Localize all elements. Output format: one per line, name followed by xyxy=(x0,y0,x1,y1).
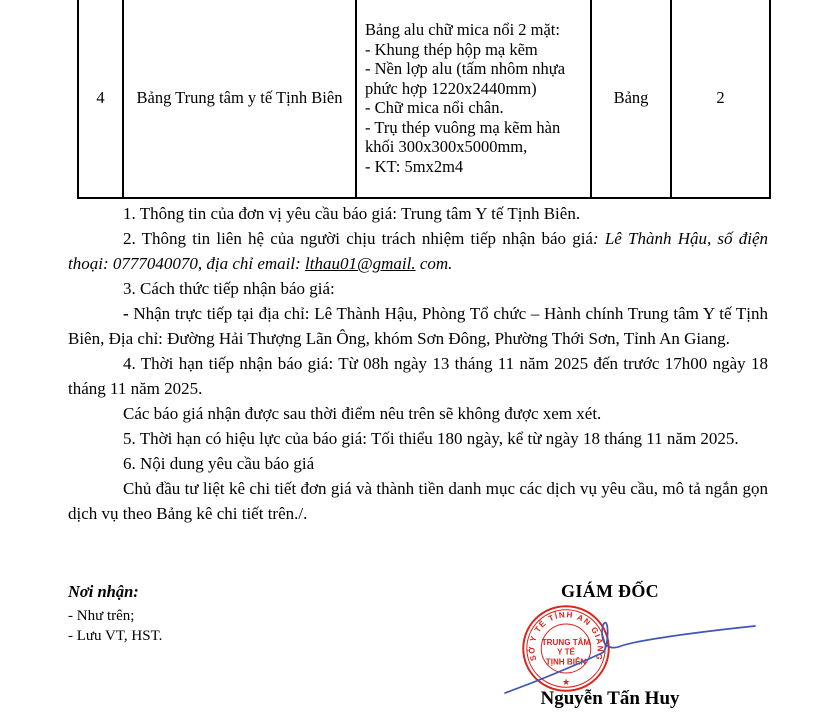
spec-line: - Khung thép hộp mạ kẽm xyxy=(365,40,582,60)
paragraph-4: 4. Thời hạn tiếp nhận báo giá: Từ 08h ng… xyxy=(68,351,768,401)
email-suffix: com. xyxy=(416,254,453,273)
paragraph-3-sub: - Nhận trực tiếp tại địa chỉ: Lê Thành H… xyxy=(68,301,768,351)
director-title: GIÁM ĐỐC xyxy=(470,581,750,602)
paragraph-3: 3. Cách thức tiếp nhận báo giá: xyxy=(68,276,768,301)
email-link[interactable]: lthau01@gmail. xyxy=(305,254,416,273)
recipient-item: - Như trên; xyxy=(68,606,162,626)
spec-line: - KT: 5mx2m4 xyxy=(365,157,582,177)
spec-line: - Nền lợp alu (tấm nhôm nhựa phức hợp 12… xyxy=(365,59,582,98)
stamp-ring-text: SỞ Y TẾ TỈNH AN GIANG xyxy=(527,610,604,662)
spec-line: - Trụ thép vuông mạ kẽm hàn khối 300x300… xyxy=(365,118,582,157)
item-unit-cell: Bảng xyxy=(591,0,671,198)
stamp-center-line2: Y TẾ xyxy=(557,647,575,657)
recipient-item: - Lưu VT, HST. xyxy=(68,626,162,646)
stamp-center-line1: TRUNG TÂM xyxy=(542,638,591,647)
row-index-cell: 4 xyxy=(78,0,123,198)
items-table: 4 Bảng Trung tâm y tế Tịnh Biên Bảng alu… xyxy=(77,0,771,199)
paragraph-3-sub-text: Nhận trực tiếp tại địa chỉ: Lê Thành Hậu… xyxy=(68,304,768,348)
paragraph-6-body: Chủ đầu tư liệt kê chi tiết đơn giá và t… xyxy=(68,476,768,526)
paragraph-2: 2. Thông tin liên hệ của người chịu trác… xyxy=(68,226,768,276)
official-stamp: SỞ Y TẾ TỈNH AN GIANG TRUNG TÂM Y TẾ TỊN… xyxy=(521,604,611,693)
stamp-icon: SỞ Y TẾ TỈNH AN GIANG TRUNG TÂM Y TẾ TỊN… xyxy=(521,604,611,693)
paragraph-6: 6. Nội dung yêu cầu báo giá xyxy=(68,451,768,476)
paragraph-2-lead: 2. Thông tin liên hệ của người chịu trác… xyxy=(123,229,593,248)
item-qty-cell: 2 xyxy=(671,0,770,198)
spec-line: Bảng alu chữ mica nổi 2 mặt: xyxy=(365,20,582,40)
director-name: Nguyễn Tấn Huy xyxy=(470,688,750,710)
item-spec-cell: Bảng alu chữ mica nổi 2 mặt: - Khung thé… xyxy=(356,0,591,198)
table-row: 4 Bảng Trung tâm y tế Tịnh Biên Bảng alu… xyxy=(78,0,770,198)
paragraph-5: 5. Thời hạn có hiệu lực của báo giá: Tối… xyxy=(68,426,768,451)
recipients-block: Nơi nhận: - Như trên; - Lưu VT, HST. xyxy=(68,582,162,646)
stamp-center-line3: TỊNH BIÊN xyxy=(546,658,587,667)
item-name-cell: Bảng Trung tâm y tế Tịnh Biên xyxy=(123,0,356,198)
stamp-star-icon: ★ xyxy=(562,677,570,687)
recipients-title: Nơi nhận: xyxy=(68,582,162,602)
paragraph-4-note: Các báo giá nhận được sau thời điểm nêu … xyxy=(68,401,768,426)
paragraph-1: 1. Thông tin của đơn vị yêu cầu báo giá:… xyxy=(68,201,768,226)
spec-line: - Chữ mica nổi chân. xyxy=(365,98,582,118)
document-body: 1. Thông tin của đơn vị yêu cầu báo giá:… xyxy=(68,201,768,526)
document-page: 4 Bảng Trung tâm y tế Tịnh Biên Bảng alu… xyxy=(0,0,827,712)
